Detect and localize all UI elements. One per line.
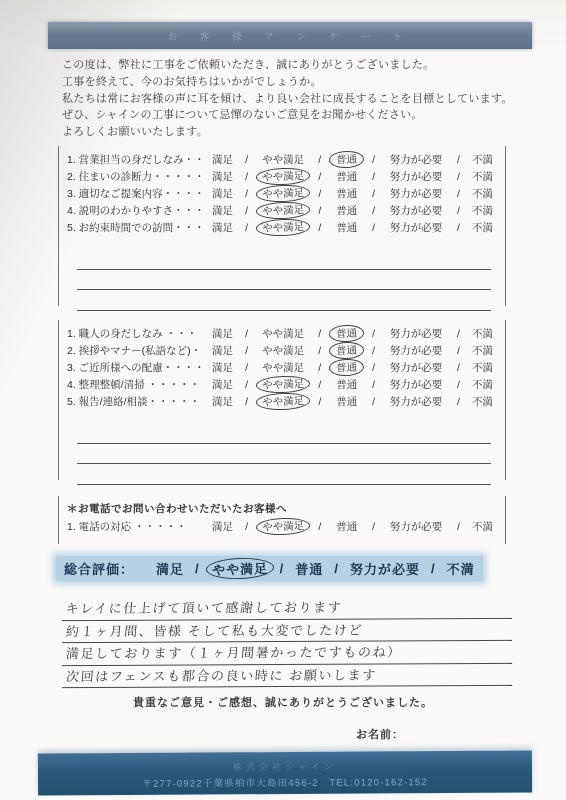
overall-label: 総合評価：: [64, 559, 134, 578]
footer-banner: 株式会社シャイン 〒277-0922千葉県柏市大島田456-2 TEL:0120…: [38, 750, 532, 795]
rating-label: 5. お約束時間での訪問・・・: [67, 220, 208, 235]
separator: /: [245, 205, 248, 217]
separator: /: [334, 561, 339, 576]
rating-option: 普通: [329, 519, 364, 534]
rating-option: 普通: [329, 169, 364, 184]
rating-row: 2. 住まいの診断力・・・・・ 満足/ やや満足/ 普通/ 努力が必要/ 不満: [67, 168, 497, 185]
rating-option: 満足: [208, 152, 237, 167]
separator: /: [280, 561, 285, 576]
rating-option: 普通: [295, 559, 323, 578]
rating-option: 満足: [208, 186, 237, 201]
rating-label: 1. 職人の身だしなみ ・・・: [67, 326, 208, 341]
separator: /: [318, 345, 321, 357]
separator: /: [372, 328, 375, 340]
separator: /: [245, 345, 248, 357]
rating-option: 努力が必要: [383, 203, 449, 218]
rating-option: 普通: [329, 341, 365, 359]
rating-option: 努力が必要: [383, 326, 449, 341]
rating-option: やや満足: [205, 557, 274, 580]
separator: /: [372, 154, 375, 166]
rating-option: 満足: [208, 343, 237, 358]
separator: /: [245, 362, 248, 374]
rating-option: やや満足: [256, 375, 311, 394]
rating-option: 満足: [208, 220, 237, 235]
handwritten-line: 次回はフェンスも都合の良い時に お願いします: [62, 663, 512, 688]
ruled-line: [77, 249, 491, 270]
separator: /: [457, 362, 460, 374]
separator: /: [318, 222, 321, 234]
comment-lines-blank: [67, 249, 497, 311]
separator: /: [245, 379, 248, 391]
separator: /: [457, 396, 460, 408]
rating-option: 努力が必要: [383, 377, 449, 392]
separator: /: [457, 171, 460, 183]
rating-option: やや満足: [256, 218, 311, 237]
handwritten-line: キレイに仕上げて頂いて感謝しております: [62, 596, 512, 621]
rating-option: やや満足: [256, 326, 310, 341]
survey-document: お 客 様 ア ン ケ ー ト この度は、弊社に工事をご依頼いただき、誠にありが…: [0, 0, 566, 800]
rating-label: 4. 説明のわかりやすさ・・・: [67, 203, 208, 218]
rating-row: 5. お約束時間での訪問・・・ 満足/ やや満足/ 普通/ 努力が必要/ 不満: [67, 219, 497, 236]
rating-option: 不満: [468, 203, 497, 218]
rating-label: 3. 適切なご提案内容・・・・: [67, 186, 208, 201]
rating-option: 普通: [329, 324, 365, 342]
rating-option: 努力が必要: [383, 220, 449, 235]
rating-option: やや満足: [256, 392, 311, 411]
handwritten-text: 次回はフェンスも都合の良い時に お願いします: [61, 664, 377, 685]
rating-option: やや満足: [256, 167, 311, 186]
rating-option: 満足: [208, 360, 237, 375]
separator: /: [372, 171, 375, 183]
rating-option: 普通: [329, 358, 365, 376]
separator: /: [245, 171, 248, 183]
separator: /: [372, 396, 375, 408]
rating-option: 満足: [208, 203, 237, 218]
rating-option: やや満足: [256, 517, 311, 536]
rating-label: 2. 住まいの診断力・・・・・: [67, 169, 208, 184]
rating-option: 不満: [468, 152, 497, 167]
rating-option: やや満足: [256, 360, 310, 375]
separator: /: [318, 521, 321, 533]
rating-label: 4. 整理整頓/清掃 ・・・・・: [67, 377, 208, 392]
rating-option: 満足: [208, 377, 237, 392]
overall-evaluation-row: 総合評価： 満足/ やや満足/ 普通/ 努力が必要/ 不満: [56, 556, 483, 581]
header-banner-title: お 客 様 ア ン ケ ー ト: [168, 29, 412, 43]
phone-section-heading: ＊お電話でお問い合わせいただいたお客様へ: [67, 501, 497, 518]
intro-line: よろしくお願いいたします。: [62, 124, 542, 141]
separator: /: [372, 379, 375, 391]
rating-option: 普通: [329, 203, 364, 218]
separator: /: [245, 328, 248, 340]
rating-option: 努力が必要: [383, 152, 449, 167]
rating-option: 不満: [468, 169, 497, 184]
rating-option: 普通: [329, 220, 364, 235]
rating-row: 3. 適切なご提案内容・・・・ 満足/ やや満足/ 普通/ 努力が必要/ 不満: [67, 185, 497, 202]
separator: /: [457, 154, 460, 166]
name-field-label: お名前：: [356, 726, 404, 742]
separator: /: [245, 222, 248, 234]
separator: /: [372, 188, 375, 200]
rating-label: 2. 挨拶やマナー(私語など)・: [67, 343, 208, 358]
header-banner: お 客 様 ア ン ケ ー ト: [48, 22, 532, 49]
separator: /: [195, 561, 200, 576]
rating-option: 不満: [468, 519, 497, 534]
rating-option: 努力が必要: [383, 186, 449, 201]
rating-option: 満足: [208, 394, 237, 409]
separator: /: [457, 222, 460, 234]
separator: /: [457, 328, 460, 340]
section-sales-ratings: 1. 営業担当の身だしなみ・・ 満足/ やや満足/ 普通/ 努力が必要/ 不満 …: [58, 146, 506, 306]
rating-option: 不満: [468, 220, 497, 235]
company-name: 株式会社シャイン: [38, 758, 532, 774]
separator: /: [372, 345, 375, 357]
intro-line: 私たちは常にお客様の声に耳を傾け、より良い会社に成長することを目標としています。: [62, 91, 542, 108]
rating-label: 5. 報告/連絡/相談・・・・・: [67, 394, 208, 409]
ruled-line: [77, 270, 491, 291]
rating-option: 満足: [208, 326, 237, 341]
rating-row: 5. 報告/連絡/相談・・・・・ 満足/ やや満足/ 普通/ 努力が必要/ 不満: [67, 393, 497, 410]
rating-option: やや満足: [256, 152, 310, 167]
rating-label: 3. ご近所様への配慮・・・・: [67, 360, 208, 375]
separator: /: [318, 171, 321, 183]
separator: /: [372, 222, 375, 234]
separator: /: [372, 205, 375, 217]
separator: /: [372, 362, 375, 374]
separator: /: [245, 188, 248, 200]
separator: /: [245, 154, 248, 166]
rating-option: 努力が必要: [383, 394, 449, 409]
rating-option: 努力が必要: [383, 169, 449, 184]
rating-option: 不満: [468, 326, 497, 341]
separator: /: [457, 188, 460, 200]
rating-option: 不満: [447, 559, 475, 578]
separator: /: [245, 396, 248, 408]
handwritten-text: 満足しております（１ヶ月間暑かったですものね）: [61, 641, 402, 662]
rating-option: 満足: [156, 559, 184, 578]
ruled-line: [77, 290, 491, 311]
section-worker-ratings: 1. 職人の身だしなみ ・・・ 満足/ やや満足/ 普通/ 努力が必要/ 不満 …: [58, 320, 506, 480]
ruled-line: [77, 423, 491, 444]
rating-option: 満足: [208, 169, 237, 184]
rating-option: 努力が必要: [383, 360, 449, 375]
intro-text: この度は、弊社に工事をご依頼いただき、誠にありがとうございました。 工事を終えて…: [62, 57, 542, 141]
section-phone: ＊お電話でお問い合わせいただいたお客様へ 1. 電話の対応 ・・・・・ 満足/ …: [58, 496, 506, 544]
handwritten-line: 満足しております（１ヶ月間暑かったですものね）: [62, 641, 512, 666]
rating-option: 普通: [329, 186, 364, 201]
rating-label: 1. 営業担当の身だしなみ・・: [67, 152, 208, 167]
rating-option: 普通: [329, 377, 364, 392]
rating-row: 3. ご近所様への配慮・・・・ 満足/ やや満足/ 普通/ 努力が必要/ 不満: [67, 359, 497, 376]
handwritten-line: 約１ヶ月間、皆様 そして私も大変でしたけど: [62, 618, 512, 643]
rating-label: 1. 電話の対応 ・・・・・: [67, 519, 208, 534]
separator: /: [457, 379, 460, 391]
rating-option: 普通: [329, 150, 365, 168]
rating-row: 4. 整理整頓/清掃 ・・・・・ 満足/ やや満足/ 普通/ 努力が必要/ 不満: [67, 376, 497, 393]
separator: /: [318, 396, 321, 408]
rating-row: 2. 挨拶やマナー(私語など)・ 満足/ やや満足/ 普通/ 努力が必要/ 不満: [67, 342, 497, 359]
ruled-line: [77, 464, 491, 485]
separator: /: [245, 521, 248, 533]
separator: /: [318, 328, 321, 340]
rating-row: 1. 職人の身だしなみ ・・・ 満足/ やや満足/ 普通/ 努力が必要/ 不満: [67, 325, 497, 342]
rating-option: 不満: [468, 377, 497, 392]
closing-thanks: 貴重なご意見・ご感想、誠にありがとうございました。: [0, 694, 566, 710]
rating-option: やや満足: [256, 201, 311, 220]
rating-option: やや満足: [256, 184, 311, 203]
handwritten-text: 約１ヶ月間、皆様 そして私も大変でしたけど: [61, 619, 364, 640]
separator: /: [372, 521, 375, 533]
rating-option: 努力が必要: [350, 559, 420, 578]
rating-option: 満足: [208, 519, 237, 534]
separator: /: [318, 362, 321, 374]
rating-option: 不満: [468, 360, 497, 375]
separator: /: [318, 205, 321, 217]
separator: /: [457, 345, 460, 357]
separator: /: [431, 561, 436, 576]
intro-line: この度は、弊社に工事をご依頼いただき、誠にありがとうございました。: [62, 57, 542, 74]
separator: /: [457, 205, 460, 217]
rating-option: 努力が必要: [383, 343, 449, 358]
separator: /: [318, 379, 321, 391]
rating-row: 1. 電話の対応 ・・・・・ 満足/ やや満足/ 普通/ 努力が必要/ 不満: [67, 518, 497, 535]
handwritten-comments: キレイに仕上げて頂いて感謝しております 約１ヶ月間、皆様 そして私も大変でしたけ…: [62, 596, 512, 688]
rating-row: 4. 説明のわかりやすさ・・・ 満足/ やや満足/ 普通/ 努力が必要/ 不満: [67, 202, 497, 219]
company-address: 〒277-0922千葉県柏市大島田456-2 TEL:0120-162-152: [38, 773, 532, 790]
intro-line: ぜひ、シャインの工事について忌憚のないご意見をお聞かせください。: [62, 107, 542, 124]
rating-option: やや満足: [256, 343, 310, 358]
separator: /: [318, 154, 321, 166]
comment-lines-blank: [67, 423, 497, 485]
intro-line: 工事を終えて、今のお気持ちはいかがでしょうか。: [62, 74, 542, 91]
separator: /: [457, 521, 460, 533]
rating-option: 不満: [468, 186, 497, 201]
rating-option: 普通: [329, 394, 364, 409]
handwritten-text: キレイに仕上げて頂いて感謝しております: [61, 597, 343, 617]
rating-option: 努力が必要: [383, 519, 449, 534]
rating-row: 1. 営業担当の身だしなみ・・ 満足/ やや満足/ 普通/ 努力が必要/ 不満: [67, 151, 497, 168]
rating-option: 不満: [468, 394, 497, 409]
separator: /: [318, 188, 321, 200]
rating-option: 不満: [468, 343, 497, 358]
ruled-line: [77, 444, 491, 465]
